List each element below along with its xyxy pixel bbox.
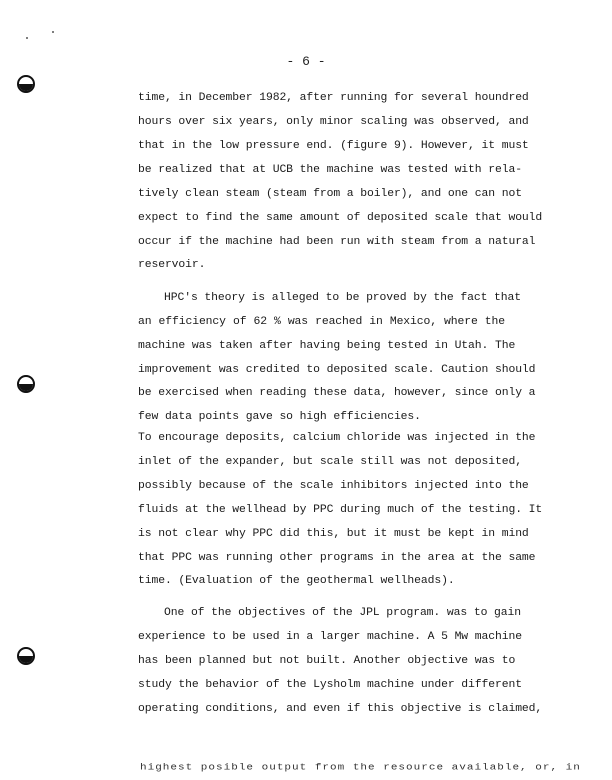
punch-hole-icon <box>17 375 35 393</box>
text-line: has been planned but not built. Another … <box>138 654 505 668</box>
text-line: reservoir. <box>138 258 505 272</box>
text-line: machine was taken after having being tes… <box>138 339 505 353</box>
text-line: that in the low pressure end. (figure 9)… <box>138 139 505 153</box>
text-line: possibly because of the scale inhibitors… <box>138 479 505 493</box>
scan-speck <box>26 37 28 39</box>
text-line: is not clear why PPC did this, but it mu… <box>138 527 505 541</box>
text-line: HPC's theory is alleged to be proved by … <box>164 291 505 305</box>
text-line: study the behavior of the Lysholm machin… <box>138 678 505 692</box>
text-line: tively clean steam (steam from a boiler)… <box>138 187 505 201</box>
text-line: few data points gave so high efficiencie… <box>138 410 505 424</box>
text-line: be exercised when reading these data, ho… <box>138 386 505 400</box>
cutoff-text-line: highest posible output from the resource… <box>140 763 581 773</box>
text-line: that PPC was running other programs in t… <box>138 551 505 565</box>
text-line: an efficiency of 62 % was reached in Mex… <box>138 315 505 329</box>
punch-hole-icon <box>17 647 35 665</box>
text-line: experience to be used in a larger machin… <box>138 630 505 644</box>
text-line: improvement was credited to deposited sc… <box>138 363 505 377</box>
text-line: be realized that at UCB the machine was … <box>138 163 505 177</box>
text-line: expect to find the same amount of deposi… <box>138 211 505 225</box>
text-line: One of the objectives of the JPL program… <box>164 606 505 620</box>
text-line: occur if the machine had been run with s… <box>138 235 505 249</box>
text-line: fluids at the wellhead by PPC during muc… <box>138 503 505 517</box>
page-number: - 6 - <box>0 54 612 69</box>
text-line: hours over six years, only minor scaling… <box>138 115 505 129</box>
text-line: time, in December 1982, after running fo… <box>138 91 505 105</box>
text-line: time. (Evaluation of the geothermal well… <box>138 574 505 588</box>
punch-hole-icon <box>17 75 35 93</box>
scan-speck <box>52 31 54 33</box>
text-line: operating conditions, and even if this o… <box>138 702 505 716</box>
text-line: To encourage deposits, calcium chloride … <box>138 431 505 445</box>
text-line: inlet of the expander, but scale still w… <box>138 455 505 469</box>
